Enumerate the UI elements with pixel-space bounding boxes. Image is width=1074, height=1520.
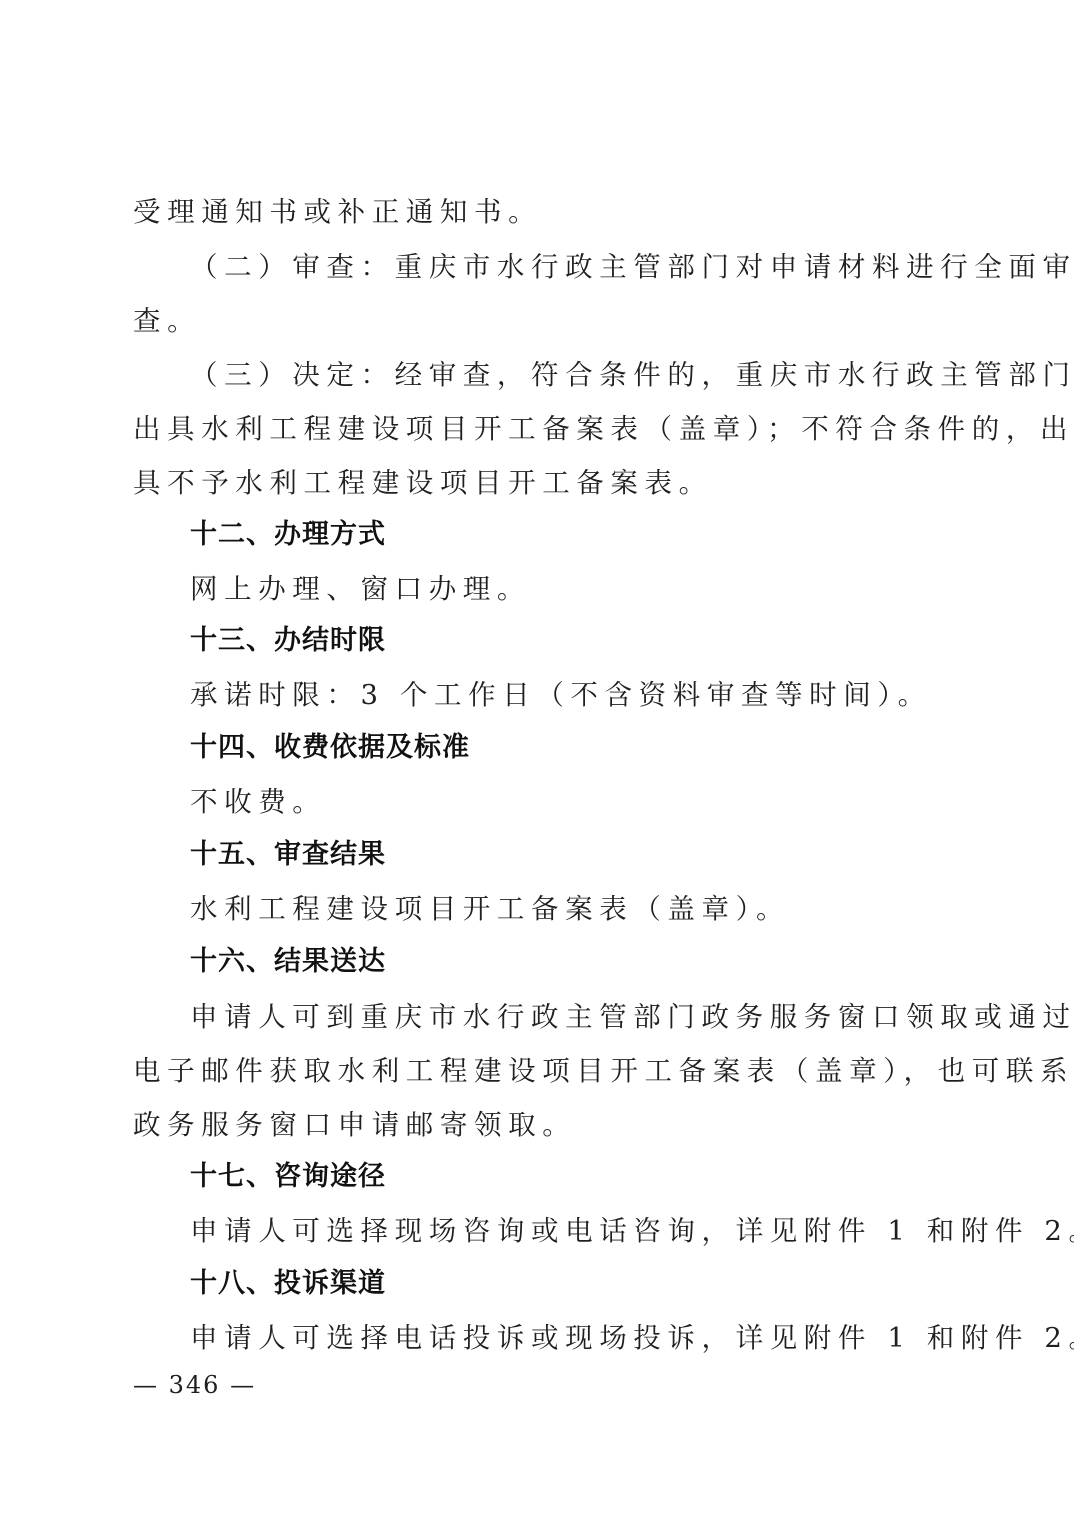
body-text-line: 不收费。 [190,785,1002,819]
body-text-line: 出具水利工程建设项目开工备案表（盖章）；不符合条件的，出 [133,412,945,446]
section-heading-13: 十三、办结时限 [190,624,1002,658]
body-text-line: 政务服务窗口申请邮寄领取。 [133,1108,945,1142]
body-text-line: 查。 [133,304,945,338]
section-heading-12: 十二、办理方式 [190,518,1002,552]
body-text-line: 申请人可到重庆市水行政主管部门政务服务窗口领取或通过 [190,1000,1002,1034]
body-text-line: （三）决定：经审查，符合条件的，重庆市水行政主管部门 [190,358,1002,392]
body-text-line: 申请人可选择电话投诉或现场投诉，详见附件 1 和附件 2。 [190,1321,1002,1355]
section-heading-14: 十四、收费依据及标准 [190,731,1002,765]
body-text-line: 电子邮件获取水利工程建设项目开工备案表（盖章），也可联系 [133,1054,945,1088]
section-heading-18: 十八、投诉渠道 [190,1267,1002,1301]
body-text-line: 网上办理、窗口办理。 [190,572,1002,606]
page-number: — 346 — [133,1370,256,1400]
body-text-line: （二）审查：重庆市水行政主管部门对申请材料进行全面审 [190,250,1002,284]
body-text-line: 水利工程建设项目开工备案表（盖章）。 [190,892,1002,926]
body-text-line: 具不予水利工程建设项目开工备案表。 [133,466,945,500]
document-page: 受理通知书或补正通知书。 （二）审查：重庆市水行政主管部门对申请材料进行全面审 … [0,0,1074,1520]
section-heading-16: 十六、结果送达 [190,945,1002,979]
body-text-line: 承诺时限：3 个工作日（不含资料审查等时间）。 [190,678,1002,712]
section-heading-15: 十五、审查结果 [190,838,1002,872]
body-text-line: 申请人可选择现场咨询或电话咨询，详见附件 1 和附件 2。 [190,1214,1002,1248]
section-heading-17: 十七、咨询途径 [190,1160,1002,1194]
body-text-line: 受理通知书或补正通知书。 [133,195,945,229]
